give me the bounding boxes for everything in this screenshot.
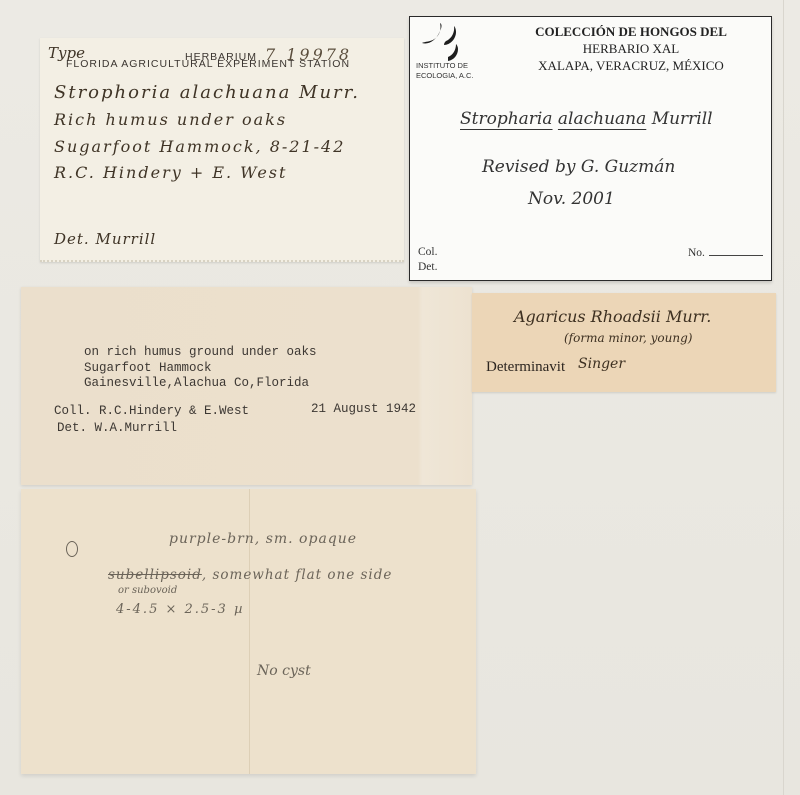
institute-name: INSTITUTO DE ECOLOGIA, A.C.: [416, 61, 474, 81]
struck-text: subellipsoid: [108, 567, 202, 583]
spore-sketch-icon: [66, 541, 78, 557]
note-line-1: purple-brn, sm. opaque: [169, 531, 357, 547]
xal-herbarium-label: INSTITUTO DE ECOLOGIA, A.C. COLECCIÓN DE…: [409, 16, 772, 281]
forma-note: (forma minor, young): [564, 331, 692, 345]
number-field: No.: [688, 246, 763, 259]
locality-date-line: Sugarfoot Hammock, 8-21-42: [54, 137, 345, 156]
taxon-author: Murrill: [652, 109, 713, 129]
collectors-line: R.C. Hindery + E. West: [54, 163, 287, 182]
typed-collection-label: on rich humus ground under oaks Sugarfoo…: [21, 287, 472, 485]
note-line-2: subellipsoid, somewhat flat one side: [108, 567, 392, 583]
agaricus-determination-label: Agaricus Rhoadsii Murr. (forma minor, yo…: [472, 293, 776, 392]
number-field-line: [709, 246, 763, 256]
taxon-genus: Stropharia: [460, 109, 553, 129]
collection-heading: COLECCIÓN DE HONGOS DEL HERBARIO XAL XAL…: [500, 23, 762, 74]
determinavit-label: Determinavit: [486, 359, 565, 376]
region-text: Gainesville,Alachua Co,Florida: [84, 376, 309, 390]
collectors-text: Coll. R.C.Hindery & E.West: [54, 404, 249, 418]
note-insert: or subovoid: [118, 585, 177, 596]
institute-line-1: INSTITUTO DE: [416, 61, 474, 71]
moon-crescents-logo-icon: [418, 23, 478, 63]
determiner-text: Det. W.A.Murrill: [57, 421, 177, 435]
pencil-notes-label: purple-brn, sm. opaque subellipsoid, som…: [21, 489, 476, 774]
note-line-2-rest: , somewhat flat one side: [202, 567, 393, 583]
determiner-signature: Singer: [578, 356, 625, 372]
number-field-label: No.: [688, 247, 705, 259]
determiner-line: Det. Murrill: [54, 230, 156, 248]
habitat-line: Rich humus under oaks: [54, 110, 287, 129]
col-field-label: Col.: [418, 246, 438, 258]
revised-by: Revised by G. Guzmán: [482, 157, 675, 177]
spore-dimensions: 4-4.5 × 2.5-3 µ: [116, 602, 244, 617]
heading-line-2: HERBARIO XAL: [500, 40, 762, 57]
taxon-name: Stropharia alachuana Murrill: [460, 109, 713, 129]
cystidia-note: No cyst: [257, 663, 311, 679]
locality-text: Sugarfoot Hammock: [84, 361, 212, 375]
det-field-label: Det.: [418, 261, 437, 273]
taxon-species: alachuana: [558, 109, 646, 129]
revision-date: Nov. 2001: [528, 189, 615, 209]
florida-station-label: Type HERBARIUM 7 19978 FLORIDA AGRICULTU…: [40, 38, 404, 262]
agaricus-name: Agaricus Rhoadsii Murr.: [514, 307, 711, 326]
station-name: FLORIDA AGRICULTURAL EXPERIMENT STATION: [66, 58, 350, 70]
collection-date: 21 August 1942: [311, 402, 416, 416]
sheet-edge: [783, 0, 784, 795]
heading-line-3: XALAPA, VERACRUZ, MÉXICO: [500, 57, 762, 74]
habitat-text: on rich humus ground under oaks: [84, 345, 317, 359]
heading-line-1: COLECCIÓN DE HONGOS DEL: [500, 23, 762, 40]
taxon-line: Strophoria alachuana Murr.: [54, 82, 360, 103]
institute-line-2: ECOLOGIA, A.C.: [416, 71, 474, 81]
